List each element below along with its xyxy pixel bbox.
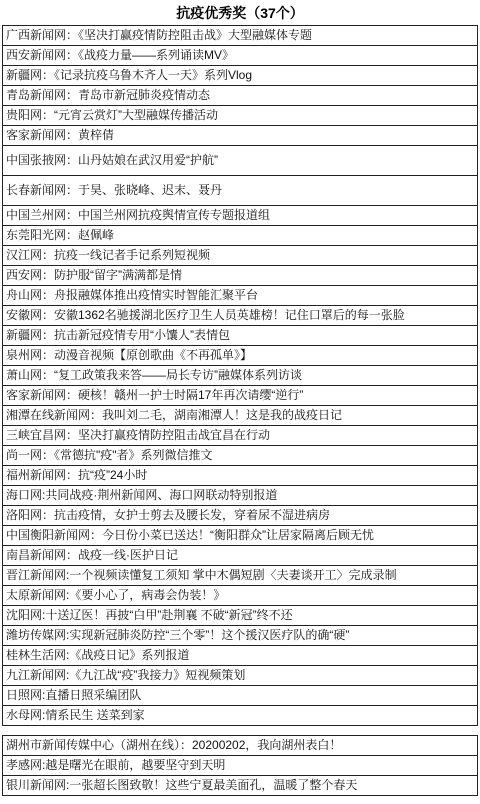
table-row: 西安新闻网：《战疫力量——系列诵读MV》	[3, 45, 477, 65]
table-row: 萧山网：“复工政策我来答——局长专访”融媒体系列访谈	[3, 365, 477, 385]
table-row: 青岛新闻网：青岛市新冠肺炎疫情动态	[3, 85, 477, 105]
page-title: 抗疫优秀奖（37个）	[0, 5, 480, 21]
award-table-main: 广西新闻网：《坚决打赢疫情防控阻击战》大型融媒体专题 西安新闻网：《战疫力量——…	[2, 25, 478, 726]
table-row: 东莞阳光网：赵佩峰	[3, 225, 477, 245]
table-row: 广西新闻网：《坚决打赢疫情防控阻击战》大型融媒体专题	[3, 26, 477, 45]
table-row: 长春新闻网：于昊、张晓峰、迟末、聂丹	[3, 175, 477, 205]
table-row: 福州新闻网：抗“疫”24小时	[3, 465, 477, 485]
table-row: 中国张掖网：山丹姑娘在武汉用爱“护航”	[3, 145, 477, 175]
table-row: 安徽网：安徽1362名驰援湖北医疗卫生人员英雄榜！记住口罩后的每一张脸	[3, 305, 477, 325]
table-row: 西安网：防护服“留字”满满都是情	[3, 265, 477, 285]
table-row: 三峡宜昌网：坚决打赢疫情防控阻击战宜昌在行动	[3, 425, 477, 445]
table-row: 尚一网：《常德抗"疫"者》系列微信推文	[3, 445, 477, 465]
table-row: 沈阳网:十送辽医！再披“白甲”赴荆襄 不破“新冠”终不还	[3, 605, 477, 625]
table-row: 贵阳网：“元宵云赏灯”大型融媒传播活动	[3, 105, 477, 125]
table-row: 晋江新闻网:一个视频读懂复工须知 掌中木偶短剧〈夫妻谈开工〉完成录制	[3, 565, 477, 585]
table-row: 湖州市新闻传媒中心（湖州在线）：20200202，我向湖州表白！	[3, 736, 477, 755]
table-row: 泉州网：动漫音视频【原创歌曲《不再孤单》】	[3, 345, 477, 365]
table-row: 洛阳网：抗击疫情，女护士剪去及腰长发，穿着尿不湿进病房	[3, 505, 477, 525]
table-row: 新疆网：《记录抗疫乌鲁木齐人一天》系列Vlog	[3, 65, 477, 85]
table-row: 孝感网:越是曙光在眼前，越要坚守到天明	[3, 755, 477, 775]
table-row: 日照网:直播日照采编团队	[3, 685, 477, 705]
table-row: 太原新闻网:《要小心了，病毒会伪装！》	[3, 585, 477, 605]
table-row: 海口网:共同战疫·荆州新闻网、海口网联动特别报道	[3, 485, 477, 505]
table-row: 桂林生活网:《战疫日记》系列报道	[3, 645, 477, 665]
table-row: 湘潭在线新闻网：我叫刘二毛，湖南湘潭人！这是我的战疫日记	[3, 405, 477, 425]
table-row: 新疆网：抗击新冠疫情专用“小馕人”表情包	[3, 325, 477, 345]
table-row: 客家新闻网：黄梓倩	[3, 125, 477, 145]
table-row: 汉江网：抗疫一线记者手记系列短视频	[3, 245, 477, 265]
table-row: 南昌新闻网：战疫一线·医护日记	[3, 545, 477, 565]
table-row: 潍坊传媒网:实现新冠肺炎防控“三个零”！这个援汉医疗队的确“硬”	[3, 625, 477, 645]
table-row: 中国兰州网：中国兰州网抗疫舆情宣传专题报道组	[3, 205, 477, 225]
table-row: 客家新闻网：硬核！赣州一护士时隔17年再次请缨“逆行”	[3, 385, 477, 405]
table-row: 银川新闻网:一张超长图致敬！这些宁夏最美面孔，温暖了整个春天	[3, 775, 477, 795]
table-row: 九江新闻网:《九江战“疫”我接力》短视频策划	[3, 665, 477, 685]
table-row: 水母网:情系民生 送菜到家	[3, 705, 477, 725]
award-table-extra: 湖州市新闻传媒中心（湖州在线）：20200202，我向湖州表白！ 孝感网:越是曙…	[2, 735, 478, 796]
table-row: 中国衡阳新闻网：今日份小菜已送达！“衡阳群众”让居家隔离后顾无忧	[3, 525, 477, 545]
table-row: 舟山网：舟报融媒体推出疫情实时智能汇聚平台	[3, 285, 477, 305]
